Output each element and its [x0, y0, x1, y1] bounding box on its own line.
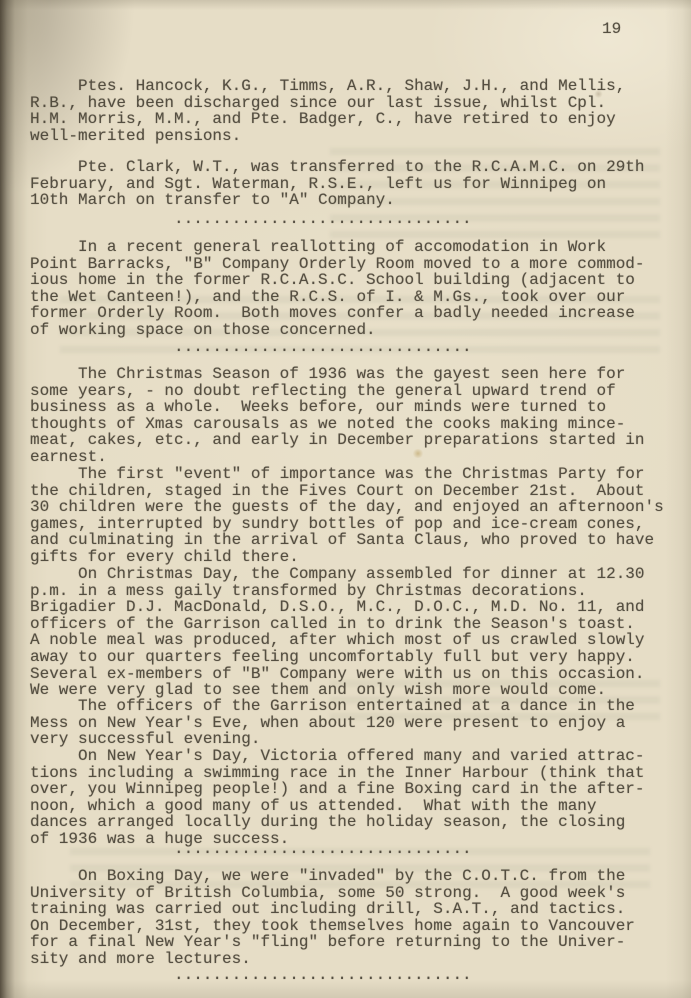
dotted-separator: ............................... — [174, 211, 472, 228]
paragraph-orderly-room: In a recent general reallotting of accom… — [30, 239, 645, 339]
page-number: 19 — [602, 21, 621, 38]
dotted-separator: ............................... — [174, 339, 472, 356]
dotted-separator: ............................... — [174, 841, 472, 858]
paragraph-discharges: Ptes. Hancock, K.G., Timms, A.R., Shaw, … — [30, 78, 625, 144]
dotted-separator: ............................... — [174, 967, 472, 984]
paragraph-new-years-eve-dance: The officers of the Garrison entertained… — [30, 698, 635, 748]
paragraph-christmas-party: The first "event" of importance was the … — [30, 466, 664, 566]
paragraph-transfers: Pte. Clark, W.T., was transferred to the… — [30, 159, 645, 209]
paragraph-christmas-season: The Christmas Season of 1936 was the gay… — [30, 366, 645, 466]
paragraph-christmas-dinner: On Christmas Day, the Company assembled … — [30, 566, 645, 699]
paragraph-cotc-visit: On Boxing Day, we were "invaded" by the … — [30, 868, 635, 968]
document-page: 19 Ptes. Hancock, K.G., Timms, A.R., Sha… — [0, 0, 691, 998]
paragraph-new-years-day: On New Year's Day, Victoria offered many… — [30, 748, 645, 848]
